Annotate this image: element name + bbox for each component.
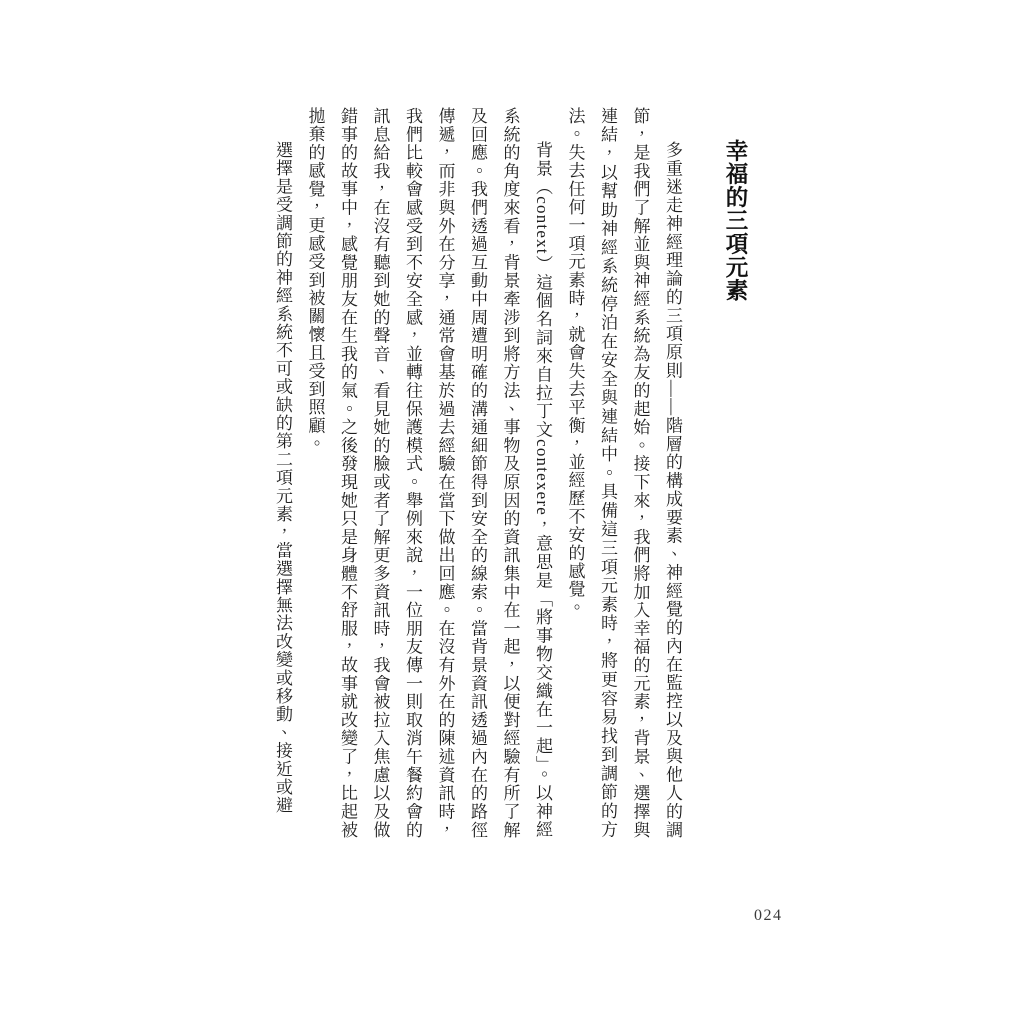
paragraph-3: 選擇是受調節的神經系統不可或缺的第二項元素，當選擇無法改變或移動、接近或避 — [266, 107, 299, 839]
paragraph-1: 多重迷走神經理論的三項原則——階層的構成要素、神經覺的內在監控以及與他人的調節，… — [558, 107, 688, 839]
book-page: 幸福的三項元素 多重迷走神經理論的三項原則——階層的構成要素、神經覺的內在監控以… — [0, 0, 1024, 1024]
page-number: 024 — [754, 907, 783, 925]
chapter-title: 幸福的三項元素 — [723, 139, 747, 302]
body-text: 多重迷走神經理論的三項原則——階層的構成要素、神經覺的內在監控以及與他人的調節，… — [266, 107, 689, 839]
paragraph-2: 背景（context）這個名詞來自拉丁文contexere，意思是「將事物交織在… — [298, 107, 558, 839]
